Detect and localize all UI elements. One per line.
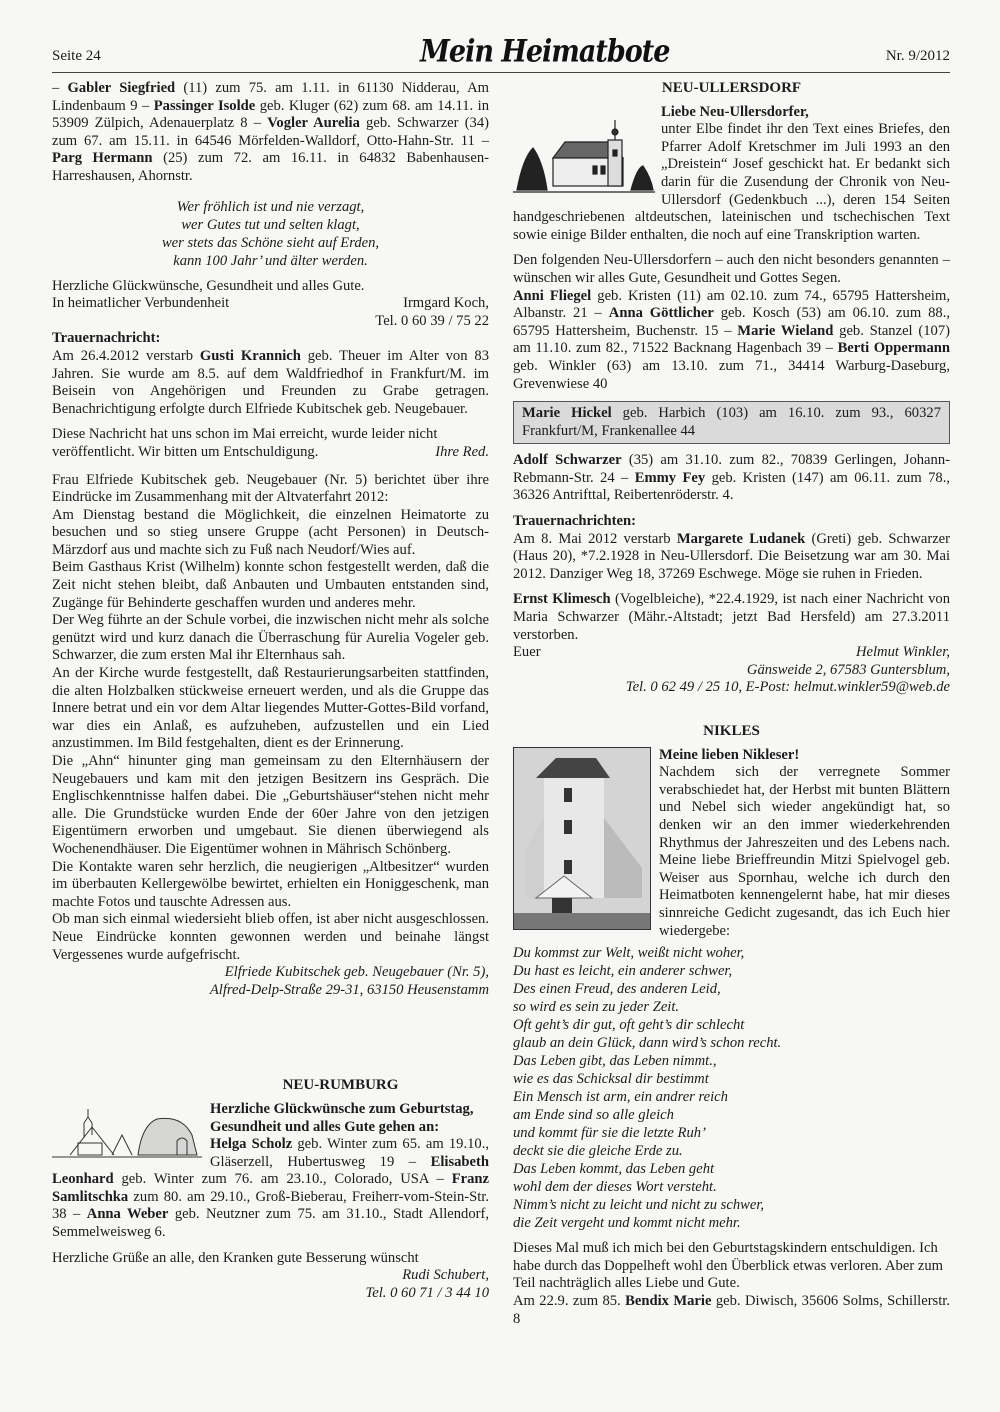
ullersdorf-mourning-heading: Trauernachrichten:	[513, 513, 950, 531]
section-heading-neu-rumburg: NEU-RUMBURG	[192, 1077, 489, 1095]
header-divider	[52, 72, 950, 73]
closing: In heimatlicher VerbundenheitIrmgard Koc…	[52, 295, 489, 313]
nikles-poem: Du kommst zur Welt, weißt nicht woher, D…	[513, 944, 950, 1232]
page-number: Seite 24	[52, 48, 101, 65]
rumburg-signature: Rudi Schubert,	[52, 1267, 489, 1285]
masthead-logo: Mein Heimatbote	[420, 34, 669, 70]
church-sketch-icon	[52, 1105, 204, 1161]
ullersdorf-birthday-list: Anni Fliegel geb. Kristen (11) am 02.10.…	[513, 288, 950, 394]
church-drawing-icon	[513, 118, 655, 198]
ullersdorf-wishes: Den folgenden Neu-Ullersdorfern – auch d…	[513, 252, 950, 287]
issue-number: Nr. 9/2012	[886, 48, 950, 65]
mourning-notice: Am 26.4.2012 verstarb Gusti Krannich geb…	[52, 348, 489, 418]
closing-tel: Tel. 0 60 39 / 75 22	[52, 313, 489, 331]
section-heading-nikles: NIKLES	[513, 723, 950, 741]
ullersdorf-closing: EuerHelmut Winkler,	[513, 644, 950, 662]
rumburg-tel: Tel. 0 60 71 / 3 44 10	[52, 1285, 489, 1303]
left-column: – Gabler Siegfried (11) zum 75. am 1.11.…	[52, 80, 489, 1302]
church-photo	[513, 747, 651, 930]
nikles-birthday: Am 22.9. zum 85. Bendix Marie geb. Diwis…	[513, 1293, 950, 1328]
nikles-apology: Dieses Mal muß ich mich bei den Geburtst…	[513, 1240, 950, 1293]
ullersdorf-address: Gänsweide 2, 67583 Guntersblum,	[513, 662, 950, 680]
editorial-apology: Diese Nachricht hat uns schon im Mai err…	[52, 426, 489, 461]
ullersdorf-contact: Tel. 0 62 49 / 25 10, E-Post: helmut.win…	[513, 679, 950, 697]
birthday-list: – Gabler Siegfried (11) zum 75. am 1.11.…	[52, 80, 489, 186]
ullersdorf-birthday-list-2: Adolf Schwarzer (35) am 31.10. zum 82., …	[513, 452, 950, 505]
report-signature: Elfriede Kubitschek geb. Neugebauer (Nr.…	[52, 964, 489, 982]
highlighted-birthday-box: Marie Hickel geb. Harbich (103) am 16.10…	[513, 401, 950, 444]
mourning-notice-klimesch: Ernst Klimesch (Vogelbleiche), *22.4.192…	[513, 591, 950, 644]
mourning-notice-ludanek: Am 8. Mai 2012 verstarb Margarete Ludane…	[513, 531, 950, 584]
page-header: Seite 24 Mein Heimatbote Nr. 9/2012	[52, 40, 950, 70]
trip-report: Frau Elfriede Kubitschek geb. Neugebauer…	[52, 472, 489, 965]
section-heading-neu-ullersdorf: NEU-ULLERSDORF	[513, 80, 950, 98]
right-column: NEU-ULLERSDORF Liebe Neu-Ullersdorfer, u…	[513, 80, 950, 1328]
birthday-poem: Wer fröhlich ist und nie verzagt, wer Gu…	[52, 198, 489, 270]
mourning-heading: Trauernachricht:	[52, 330, 489, 348]
rumburg-closing: Herzliche Grüße an alle, den Kranken gut…	[52, 1250, 489, 1268]
report-address: Alfred-Delp-Straße 29-31, 63150 Heusenst…	[52, 982, 489, 1000]
greeting: Herzliche Glückwünsche, Gesundheit und a…	[52, 278, 489, 296]
